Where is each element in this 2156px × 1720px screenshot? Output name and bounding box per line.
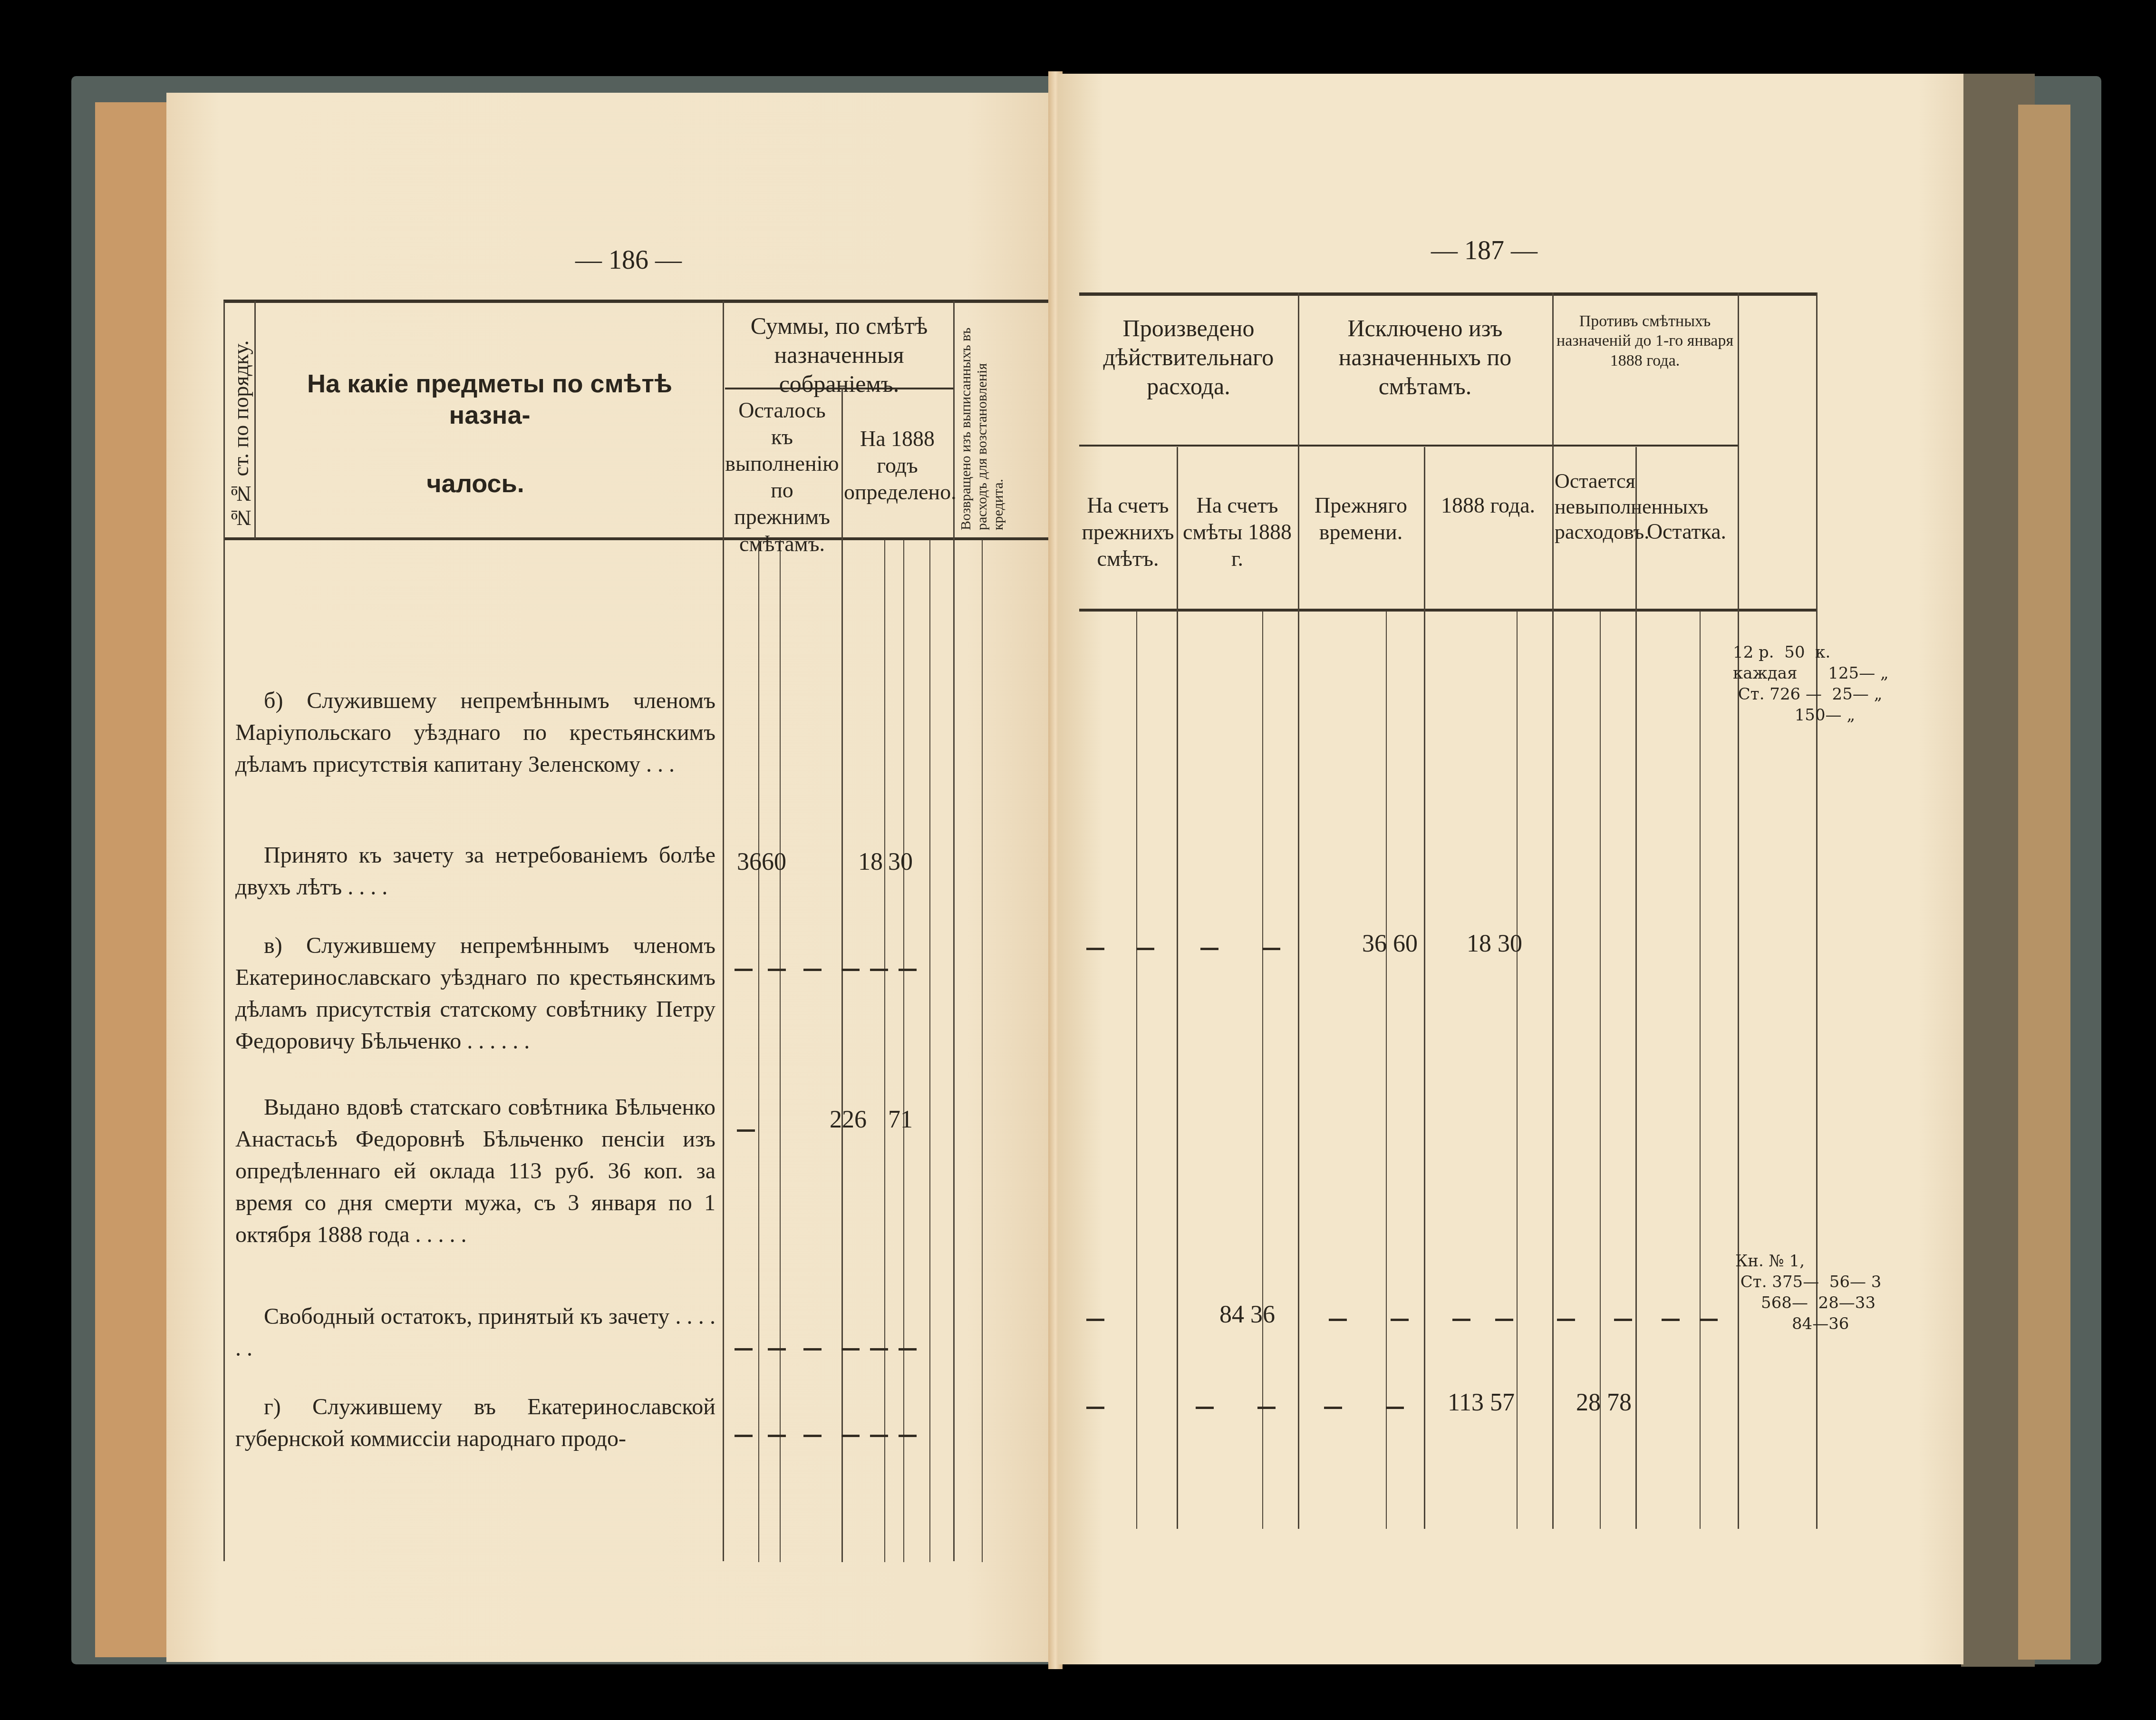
dash	[841, 1435, 860, 1437]
value-unfulfilled: 28 78	[1576, 1389, 1632, 1417]
dash	[735, 1435, 753, 1437]
dash	[899, 1435, 917, 1437]
dash	[1136, 948, 1154, 950]
dash	[803, 1348, 822, 1351]
col-divider	[723, 301, 724, 1561]
dash	[1262, 948, 1280, 950]
header-bottom-rule	[1079, 609, 1816, 612]
margin-note-2: Кн. № 1, Ст. 375— 56— 3 568— 28—33 84—36	[1735, 1251, 1881, 1334]
table-left-border	[223, 301, 225, 1561]
dash	[1086, 1319, 1104, 1321]
dash	[870, 1348, 888, 1351]
dash	[803, 969, 822, 971]
page-number-right: — 187 —	[1431, 235, 1537, 266]
value-rub: 226	[830, 1106, 867, 1134]
dash	[803, 1435, 822, 1437]
dash	[1391, 1319, 1409, 1321]
col-divider	[1552, 292, 1554, 1529]
dash	[1086, 1407, 1104, 1409]
entry-accepted: Принято къ зачету за нетребованіемъ болѣ…	[235, 839, 715, 903]
group-rule	[1079, 445, 1738, 447]
col-balance-header: Остатка.	[1638, 518, 1735, 545]
col-1888-header: На 1888 годъ определено.	[844, 426, 951, 505]
value-1888-year: 18 30	[1467, 930, 1522, 958]
dash	[768, 1435, 786, 1437]
value-1888-year: 113 57	[1448, 1389, 1515, 1417]
dash	[1495, 1319, 1513, 1321]
value-rub: 18	[858, 848, 883, 876]
value-prev-time: 36 60	[1362, 930, 1418, 958]
entry-v: в) Служившему непремѣннымъ членомъ Екате…	[235, 930, 715, 1057]
col-divider	[758, 540, 759, 1562]
header-bottom-rule	[223, 537, 1055, 540]
dash	[1662, 1319, 1680, 1321]
entry-widow: Выдано вдовѣ статскаго совѣтника Бѣльчен…	[235, 1091, 715, 1251]
col-divider	[1298, 292, 1299, 1529]
page-edges-left	[95, 102, 169, 1657]
dash	[870, 969, 888, 971]
col-divider	[1386, 611, 1387, 1529]
dash	[768, 969, 786, 971]
entry-g: г) Служившему въ Екатеринославской губер…	[235, 1391, 715, 1455]
col-divider	[841, 388, 843, 1562]
col-divider	[884, 540, 885, 1562]
col-divider	[780, 540, 781, 1562]
col-divider	[1700, 611, 1701, 1529]
value-kop: 71	[888, 1106, 913, 1134]
col-prev-estimates-header: На счетъ прежнихъ смѣтъ.	[1082, 492, 1174, 572]
dash	[870, 1435, 888, 1437]
left-page: — 186 — №№ ст. по порядку. На какіе пред…	[166, 93, 1055, 1662]
col-divider	[1136, 611, 1137, 1529]
col-1888-estimate-header: На счетъ смѣты 1888 г.	[1179, 492, 1296, 572]
excluded-header: Исключено изъ назначенныхъ по смѣтамъ.	[1300, 314, 1550, 401]
col-1888-year-header: 1888 года.	[1426, 492, 1550, 519]
table-top-rule	[223, 300, 1055, 303]
dash	[1086, 948, 1104, 950]
col-divider	[1177, 447, 1178, 1529]
table-top-rule	[1079, 292, 1816, 296]
dash	[1257, 1407, 1276, 1409]
col-unfulfilled-header: Остается невыполненныхъ расходовъ.	[1555, 468, 1633, 545]
dash	[841, 1348, 860, 1351]
col-remaining-header: Осталось къ выполненію по прежнимъ смѣта…	[725, 397, 839, 557]
dash	[899, 1348, 917, 1351]
col-divider	[982, 540, 983, 1562]
right-page: — 187 — Произведено дѣйствительнаго расх…	[1058, 74, 1963, 1664]
col-divider	[1517, 611, 1518, 1529]
cover-board-right	[2018, 105, 2070, 1660]
dash	[1386, 1407, 1404, 1409]
dash	[899, 969, 917, 971]
dash	[1196, 1407, 1214, 1409]
dash	[1557, 1319, 1575, 1321]
dash	[737, 1129, 755, 1132]
col-prev-time-header: Прежняго времени.	[1300, 492, 1421, 545]
value-rub: 36	[737, 848, 762, 876]
entry-free-balance: Свободный остатокъ, принятый къ зачету .…	[235, 1301, 715, 1364]
subject-header-line2: чалось.	[404, 468, 547, 500]
table-right-border	[1816, 292, 1818, 1529]
col-returned-header: Возвращено изъ выписанныхъ въ расходъ дл…	[958, 311, 1010, 530]
actual-expense-header: Произведено дѣйствительнаго расхода.	[1082, 314, 1296, 401]
sums-group-header: Суммы, по смѣтѣ назначенныя собраніемъ.	[725, 311, 953, 398]
dash	[1324, 1407, 1342, 1409]
col-divider	[254, 301, 256, 539]
row-number-header: №№ ст. по порядку.	[228, 311, 253, 530]
dash	[1200, 948, 1218, 950]
dash	[735, 969, 753, 971]
margin-note-1: 12 р. 50 к. каждая 125— „ Ст. 726 — 25— …	[1733, 642, 1889, 726]
col-divider	[1262, 611, 1263, 1529]
dash	[1700, 1319, 1718, 1321]
col-divider	[929, 540, 930, 1562]
value-1888-estimate: 84 36	[1219, 1301, 1275, 1329]
dash	[735, 1348, 753, 1351]
value-kop: 60	[762, 848, 786, 876]
subject-header-line1: На какіе предметы по смѣтѣ назна-	[276, 369, 704, 431]
dash	[1329, 1319, 1347, 1321]
page-number-left: — 186 —	[575, 245, 682, 275]
value-kop: 30	[888, 848, 913, 876]
dash	[1614, 1319, 1632, 1321]
dash	[1452, 1319, 1470, 1321]
col-divider	[903, 540, 904, 1562]
col-divider	[1635, 447, 1637, 1529]
col-divider	[1738, 292, 1739, 1529]
dash	[768, 1348, 786, 1351]
dash	[841, 969, 860, 971]
entry-b: б) Служившему непремѣннымъ членомъ Маріу…	[235, 685, 715, 780]
against-header: Противъ смѣтныхъ назначеній до 1-го янва…	[1555, 311, 1735, 370]
col-divider	[1424, 447, 1425, 1529]
